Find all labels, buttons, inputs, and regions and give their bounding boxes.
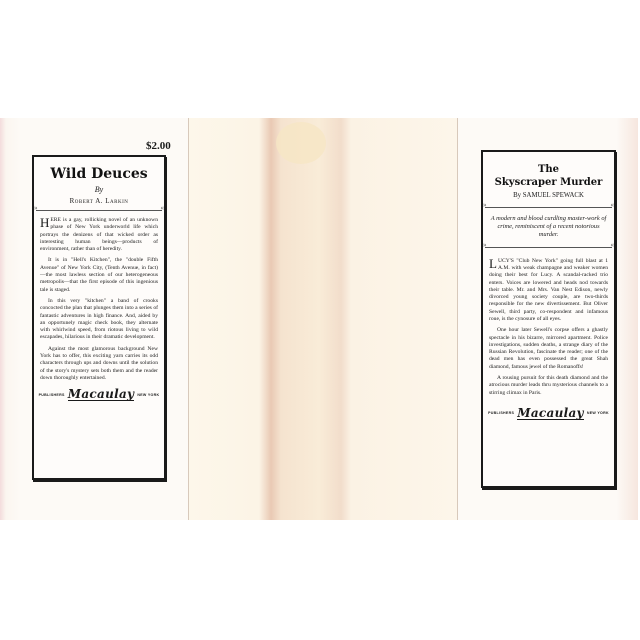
spine-back-panel xyxy=(189,118,457,520)
by-label: By xyxy=(34,185,164,194)
publisher-logo: Macaulay xyxy=(517,407,584,420)
author-name: Robert A. Larkin xyxy=(34,197,164,205)
blurb-paragraph: One hour later Sewell's corpse offers a … xyxy=(489,327,608,371)
water-stain xyxy=(276,122,326,164)
publisher-imprint: PUBLISHERS Macaulay NEW YORK xyxy=(483,407,614,420)
ornamental-rule xyxy=(36,210,162,211)
blurb-paragraph: Against the most glamorous background Ne… xyxy=(40,346,158,382)
blurb-paragraph: LUCY'S "Club New York" going full blast … xyxy=(489,258,608,324)
publisher-logo: Macaulay xyxy=(68,388,135,401)
publisher-imprint: PUBLISHERS Macaulay NEW YORK xyxy=(34,388,164,401)
fold-line-left xyxy=(188,118,189,520)
blurb-paragraph: A rousing pursuit for this death diamond… xyxy=(489,375,608,397)
fold-line-right xyxy=(457,118,458,520)
author-byline: By SAMUEL SPEWACK xyxy=(483,192,614,199)
blurb: HERE is a gay, rollicking novel of an un… xyxy=(34,217,164,382)
book-title: Wild Deuces xyxy=(34,166,164,182)
blurb-paragraph: HERE is a gay, rollicking novel of an un… xyxy=(40,217,158,253)
skyscraper-murder-panel: The Skyscraper Murder By SAMUEL SPEWACK … xyxy=(481,150,616,488)
blurb-paragraph: It is in "Hell's Kitchen", the "double F… xyxy=(40,257,158,293)
price-label: $2.00 xyxy=(146,140,171,152)
wild-deuces-panel: Wild Deuces By Robert A. Larkin HERE is … xyxy=(32,155,166,480)
blurb-paragraph: In this very "kitchen" a band of crooks … xyxy=(40,298,158,342)
book-title-line2: Skyscraper Murder xyxy=(483,177,614,188)
book-title-line1: The xyxy=(483,164,614,175)
ornamental-rule xyxy=(485,207,612,208)
ornamental-rule xyxy=(485,247,612,248)
tagline: A modern and blood curdling master-work … xyxy=(483,214,614,241)
blurb: LUCY'S "Club New York" going full blast … xyxy=(483,258,614,397)
